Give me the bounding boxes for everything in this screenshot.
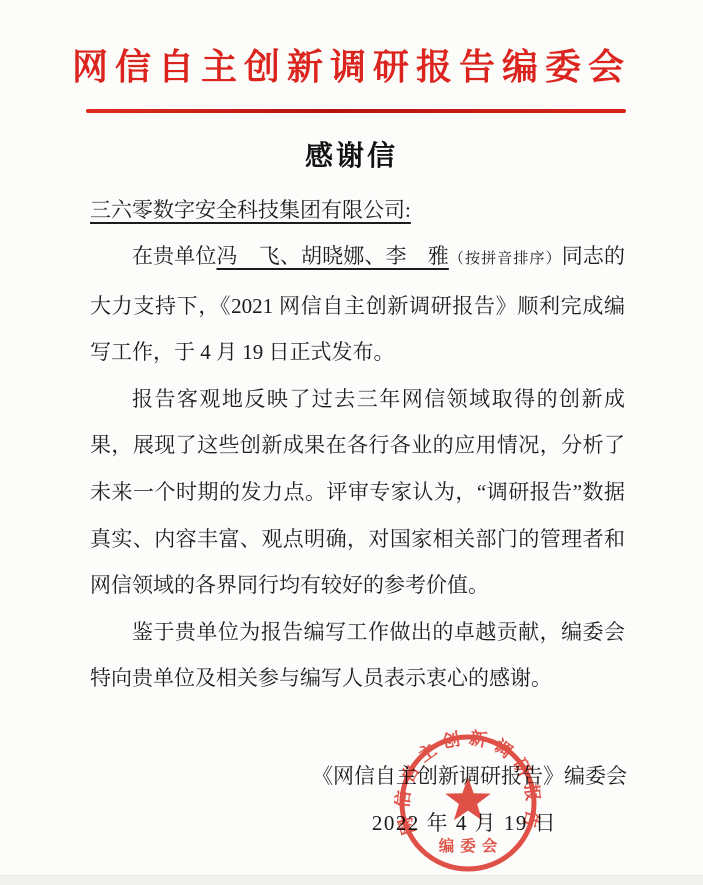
signature-block: 《网信自主创新调研报告》编委会 2022 年 4 月 19 日 (312, 763, 617, 836)
salutation-line: 三六零数字安全科技集团有限公司: (90, 187, 625, 234)
letter-title: 感谢信 (0, 140, 703, 174)
recipient-company-name: 三六零数字安全科技集团有限公司: (90, 198, 411, 222)
paragraph-gratitude: 鉴于贵单位为报告编写工作做出的卓越贡献，编委会特向贵单位及相关参与编写人员表示衷… (90, 609, 625, 702)
seal-bottom-text: 编委会 (439, 836, 504, 855)
signature-org-line: 《网信自主创新调研报告》编委会 (312, 763, 617, 789)
letterhead-divider-rule (86, 109, 626, 113)
contributor-names: 冯 飞、胡晓娜、李 雅 (217, 244, 449, 268)
paragraph-support: 在贵单位冯 飞、胡晓娜、李 雅（按拼音排序）同志的大力支持下，《2021 网信自… (90, 233, 625, 376)
letter-body: 三六零数字安全科技集团有限公司: 在贵单位冯 飞、胡晓娜、李 雅（按拼音排序）同… (90, 187, 625, 703)
page-bottom-edge (0, 875, 703, 885)
pinyin-order-note: （按拼音排序） (449, 251, 562, 267)
paragraph1-lead: 在贵单位 (132, 244, 217, 268)
paragraph-report-summary: 报告客观地反映了过去三年网信领域取得的创新成果，展现了这些创新成果在各行各业的应… (90, 376, 625, 609)
signature-date-line: 2022 年 4 月 19 日 (312, 810, 617, 836)
letterhead-org-name: 网信自主创新调研报告编委会 (0, 0, 703, 89)
letter-page: 网信自主创新调研报告编委会 感谢信 三六零数字安全科技集团有限公司: 在贵单位冯… (0, 0, 703, 885)
